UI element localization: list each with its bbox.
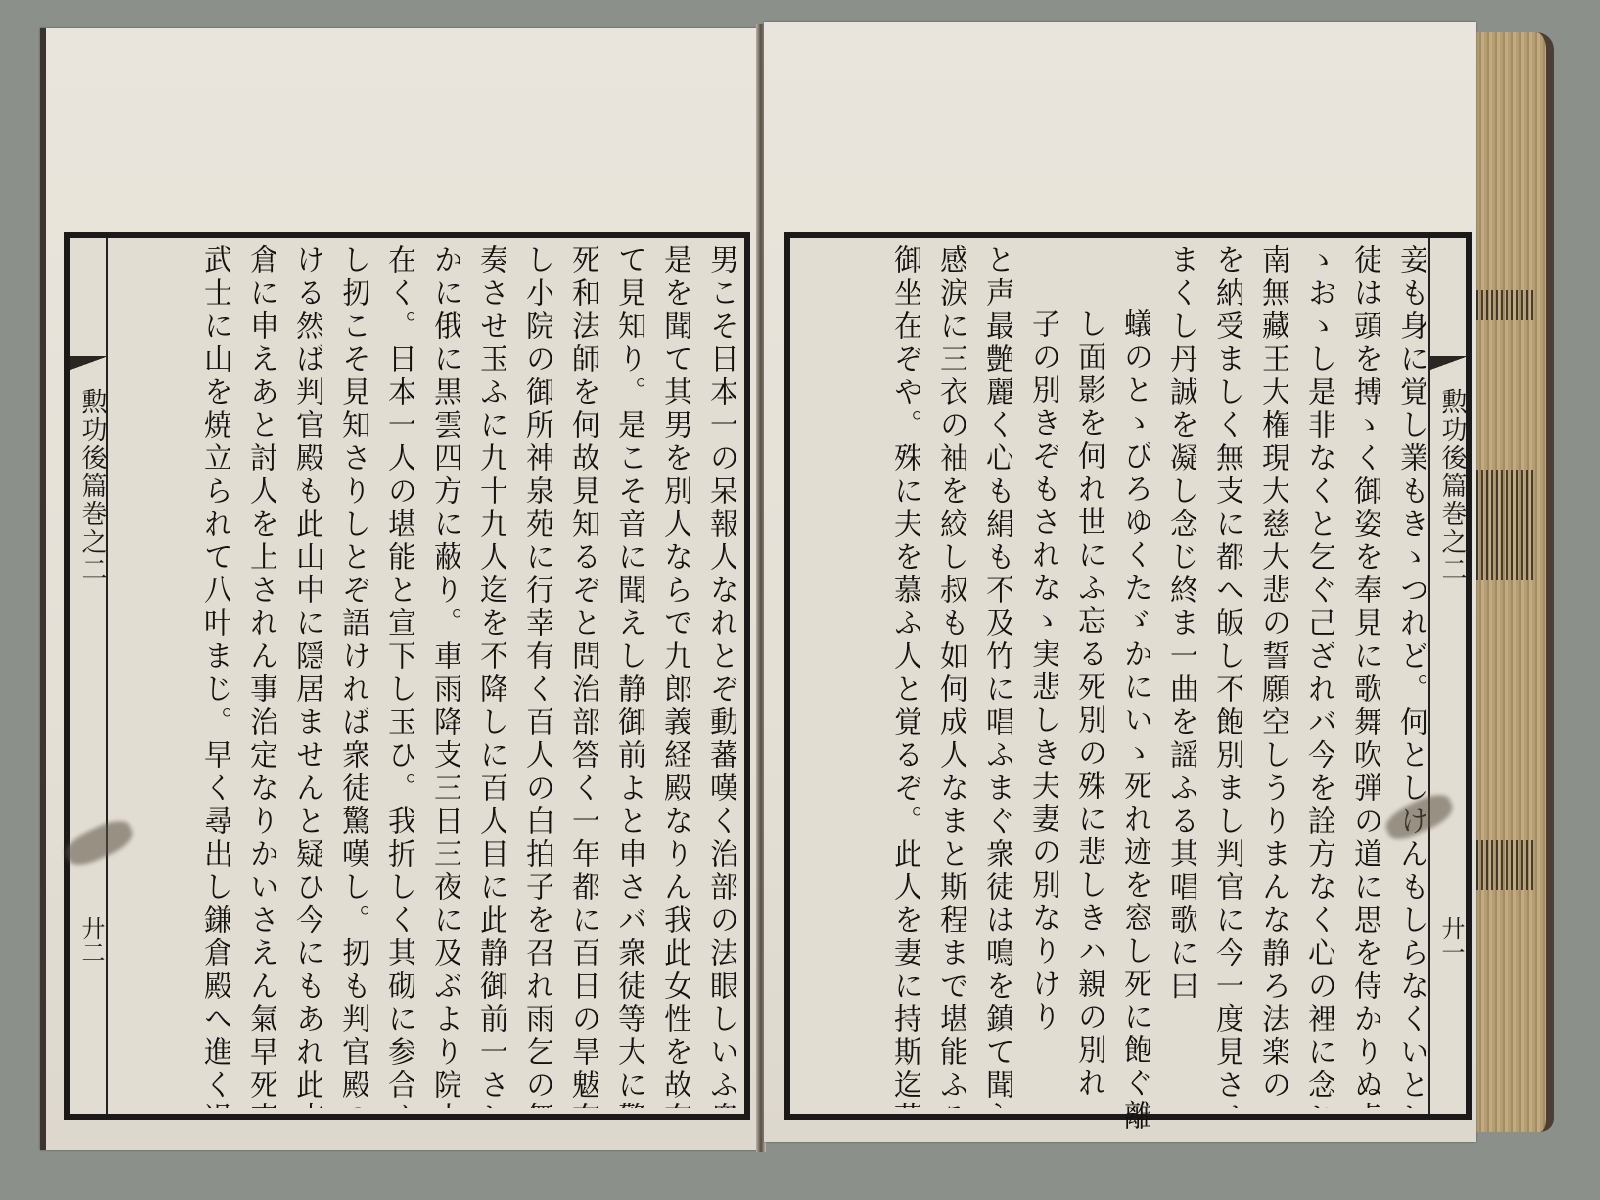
text-column: し小院の御所神泉苑に行幸有く百人の白拍子を召れ雨乞の舞を <box>508 244 552 1108</box>
text-column: 男こそ日本一の呆報人なれとぞ動蕃嘆く治部の法眼しいふ衆徒 <box>692 244 736 1108</box>
hanshin-title: 勲功後篇巻之二 <box>1434 388 1471 584</box>
right-hanshin-margin: 勲功後篇巻之二 廾一 <box>1428 238 1466 1114</box>
text-column: 感涙に三衣の袖を絞し叔も如何成人なまと斯程まで堪能ふると <box>922 244 966 1108</box>
text-column: 妾も身に覚し業もきゝつれど。何としけんもしらなくいとし辞みけれバ衆 <box>1382 244 1426 1108</box>
ink-smudge <box>1476 470 1536 580</box>
right-text-frame: 勲功後篇巻之二 廾一 妾も身に覚し業もきゝつれど。何としけんもしらなくいとし辞み… <box>784 232 1472 1120</box>
folio-number: 廾一 <box>1434 916 1469 964</box>
text-columns: 妾も身に覚し業もきゝつれど。何としけんもしらなくいとし辞みけれバ衆 徒は頭を搏ゝ… <box>798 244 1426 1108</box>
ink-smudge <box>1476 290 1536 320</box>
text-column: を納受ましく無支に都へ皈し不飽別まし判官に今一度見させ <box>1198 244 1242 1108</box>
text-column: 武士に山を焼立られて八叶まじ。早く尋出し鎌倉殿へ進く過ぐ <box>186 244 230 1108</box>
text-column: 南無藏王大権現大慈大悲の誓願空しうりまんな静ろ法楽の一曲 <box>1244 244 1288 1108</box>
hanshin-title: 勲功後篇巻之二 <box>74 388 111 584</box>
text-column: し面影を何れ世にふ忘る死別の殊に悲しきハ親の別れ <box>1060 244 1104 1172</box>
text-column: 徒は頭を搏ゝく御姿を奉見に歌舞吹弾の道に思を侍かりぬ處 <box>1336 244 1380 1108</box>
text-column: し扨こそ見知さりしとぞ語ければ衆徒驚嘆し。扨も判官殿の妾なり <box>324 244 368 1108</box>
left-page: 勲功後篇巻之二 廾二 男こそ日本一の呆報人なれとぞ動蕃嘆く治部の法眼しいふ衆徒 … <box>40 28 764 1150</box>
page-edge-stack <box>1476 32 1554 1132</box>
fishtail-mark-icon <box>70 356 106 378</box>
text-column: 蟻のとゝびろゆくたゞかにいゝ死れ迹を窓し死に飽ぐ離 <box>1106 244 1150 1172</box>
text-column: て見知り。是こそ音に聞えし静御前よと申さバ衆徒等大に驚 <box>600 244 644 1108</box>
text-column: 御坐在ぞや。殊に夫を慕ふ人と覚るぞ。此人を妻に持斯迄慕ふ <box>876 244 920 1108</box>
fishtail-mark-icon <box>1430 356 1466 378</box>
left-hanshin-margin: 勲功後篇巻之二 廾二 <box>70 238 108 1114</box>
text-column: 倉に申えあと討人を上されん事治定なりかいさえん氣早死東國 <box>232 244 276 1108</box>
text-column: ゝおゝし是非なくと乞ぐ己ざれバ今を詮方なく心の裡に念じけれバ <box>1290 244 1334 1108</box>
text-column: まくし丹誠を凝し念じ終ま一曲を謡ふる其唱歌に曰 <box>1152 244 1196 1108</box>
text-column: ける然ば判官殿も此山中に隠居ませんと疑ひ今にもあれ此支鎌 <box>278 244 322 1108</box>
text-column: と声最艶麗く心も絹も不及竹に唱ふまぐ衆徒は鳴を鎮て聞入 <box>968 244 1012 1108</box>
text-column: 是を聞て其男を別人ならで九郎義経殿なりん我此女性を故有 <box>646 244 690 1108</box>
left-text-frame: 勲功後篇巻之二 廾二 男こそ日本一の呆報人なれとぞ動蕃嘆く治部の法眼しいふ衆徒 … <box>64 232 750 1120</box>
right-page: 勲功後篇巻之二 廾一 妾も身に覚し業もきゝつれど。何としけんもしらなくいとし辞み… <box>764 22 1476 1142</box>
text-column: 奏させ玉ふに九十九人迄を不降しに百人目に此静御前一さし彼舞し <box>462 244 506 1108</box>
text-column: 子の別きぞもされなゝ実悲しき夫妻の別なりけり <box>1014 244 1058 1172</box>
text-column: かに俄に黒雲四方に蔽り。車雨降支三日三夜に及ぶより院大に御感 <box>416 244 460 1108</box>
text-column: 死和法師を何故見知るぞと問治部答く一年都に百日の旱魃有 <box>554 244 598 1108</box>
text-column: 在く。日本一人の堪能と宣下し玉ひ。我折しく其砌に参合く拝見 <box>370 244 414 1108</box>
ink-smudge <box>1476 840 1536 890</box>
text-columns: 男こそ日本一の呆報人なれとぞ動蕃嘆く治部の法眼しいふ衆徒 是を聞て其男を別人なら… <box>118 244 736 1108</box>
folio-number: 廾二 <box>74 916 109 964</box>
